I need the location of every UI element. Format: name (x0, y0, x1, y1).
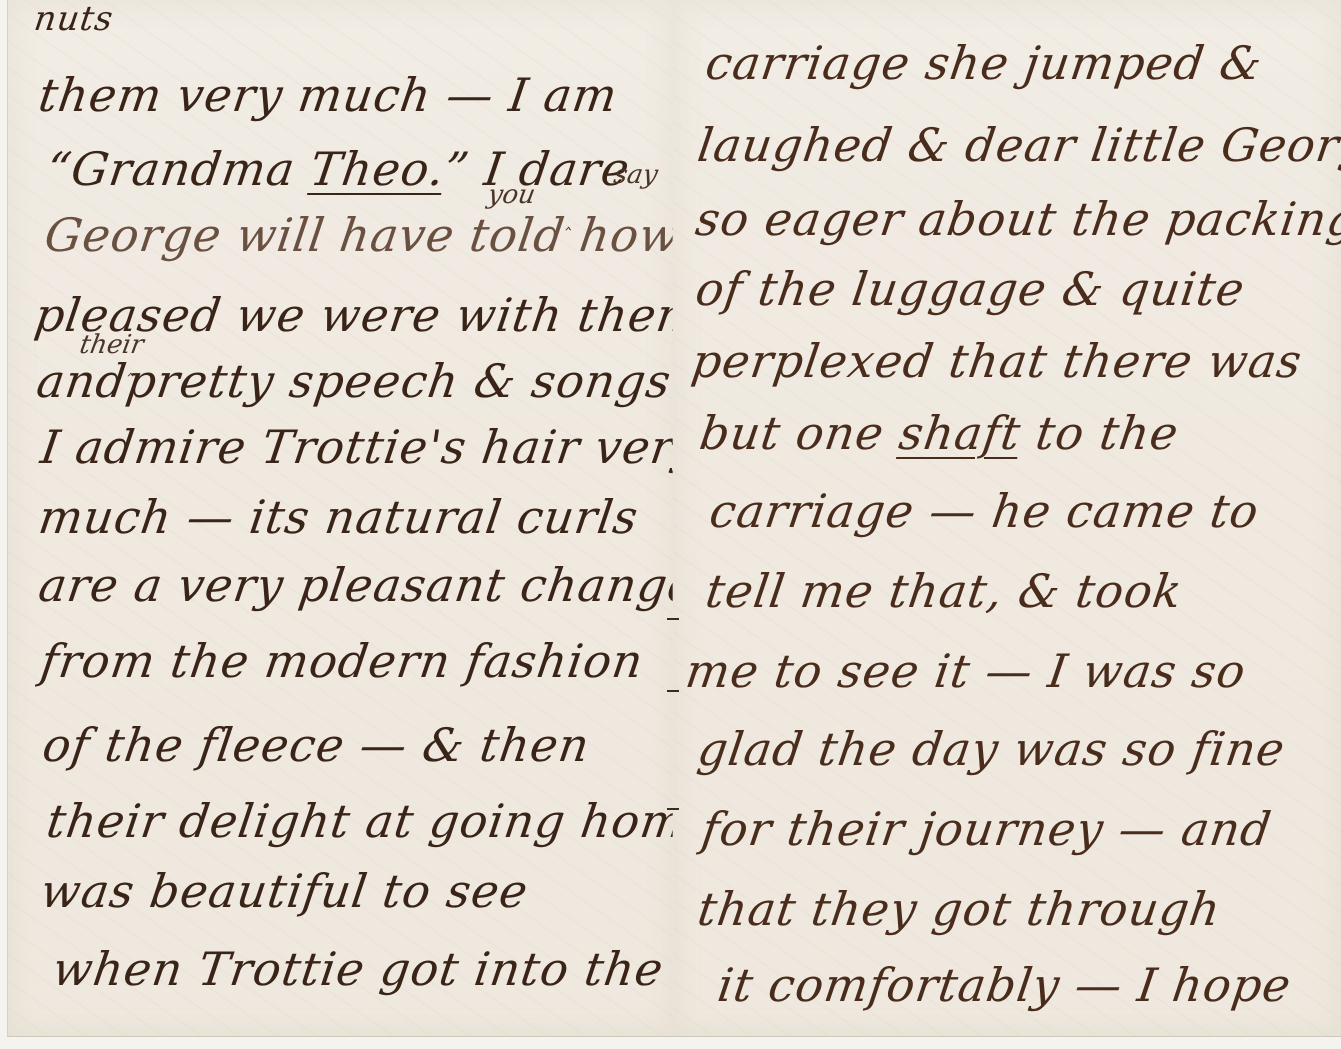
margin-insertion-say: say (611, 160, 660, 190)
margin-tick (667, 808, 679, 810)
handwritten-line: perplexed that there was (689, 338, 1305, 384)
handwritten-line: much — its natural curls (36, 494, 641, 540)
handwritten-line: and‸pretty speech & songs. (34, 358, 690, 404)
line-fragment: “Grandma (43, 142, 314, 196)
letter-scan: nuts them very much — I am “Grandma Theo… (0, 0, 1341, 1049)
margin-tick (667, 690, 679, 692)
handwritten-line: glad the day was so fine (695, 726, 1288, 772)
underlined-word: Theo. (307, 142, 449, 196)
right-page: carriage she jumped & laughed & dear lit… (673, 0, 1341, 1037)
handwritten-line: that they got through (695, 886, 1224, 932)
handwritten-line: from the modern fashion (38, 638, 646, 684)
handwritten-line: so eager about the packing (693, 196, 1341, 242)
handwritten-line: of the luggage & quite (693, 266, 1248, 312)
margin-tick (667, 618, 679, 620)
handwritten-line: them very much — I am (36, 72, 621, 118)
handwritten-line: are a very pleasant change (36, 562, 699, 608)
handwritten-line: nuts (32, 2, 116, 36)
handwritten-line: carriage she jumped & (703, 40, 1265, 86)
left-page: nuts them very much — I am “Grandma Theo… (7, 0, 674, 1037)
handwritten-line: for their journey — and (699, 806, 1275, 852)
handwritten-line: when Trottie got into the (50, 946, 667, 992)
handwritten-line: it comfortably — I hope (715, 962, 1294, 1008)
handwritten-line: of the fleece — & then (40, 722, 593, 768)
handwritten-line: carriage — he came to (707, 488, 1262, 534)
handwritten-line: their delight at going home (44, 798, 717, 844)
handwritten-line: but one shaft to the (697, 410, 1182, 456)
interlinear-insertion-you: you (485, 180, 537, 210)
handwritten-line: “Grandma Theo.” I dare (44, 146, 633, 192)
handwritten-line: laughed & dear little Georgie (695, 122, 1341, 168)
handwritten-line: George will have told‸ how (42, 212, 683, 258)
handwritten-line: me to see it — I was so (683, 648, 1249, 694)
handwritten-line: tell me that, & took (703, 568, 1185, 614)
caret-mark: ‸ (127, 358, 137, 376)
caret-mark: ‸ (565, 212, 575, 230)
handwritten-line: was beautiful to see (38, 868, 531, 914)
underlined-word: shaft (896, 406, 1025, 460)
handwritten-line: I admire Trottie's hair very (38, 424, 704, 470)
